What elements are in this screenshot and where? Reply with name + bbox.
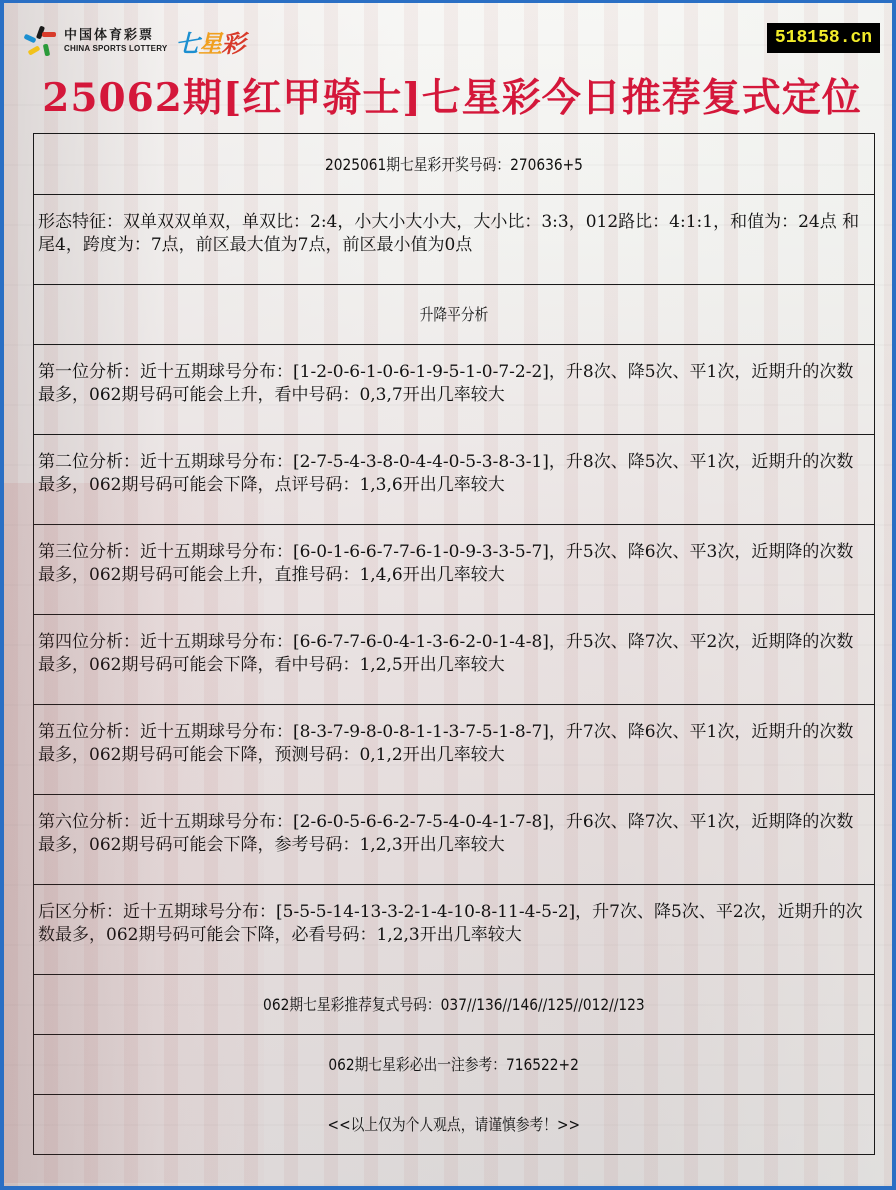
pos-5-analysis: 第五位分析：近十五期球号分布：[8-3-7-9-8-0-8-1-1-3-7-5-… (38, 721, 870, 767)
table-row-pos-2: 第二位分析：近十五期球号分布：[2-7-5-4-3-8-0-4-4-0-5-3-… (34, 434, 874, 524)
table-row-back-zone: 后区分析：近十五期球号分布：[5-5-5-14-13-3-2-1-4-10-8-… (34, 884, 874, 974)
table-row-pos-3: 第三位分析：近十五期球号分布：[6-0-1-6-6-7-7-6-1-0-9-3-… (34, 524, 874, 614)
logo-org-en: CHINA SPORTS LOTTERY (64, 45, 167, 53)
table-row-pos-6: 第六位分析：近十五期球号分布：[2-6-0-5-6-6-2-7-5-4-0-4-… (34, 794, 874, 884)
pos-3-analysis: 第三位分析：近十五期球号分布：[6-0-1-6-6-7-7-6-1-0-9-3-… (38, 541, 870, 587)
logo-org-cn: 中国体育彩票 (64, 29, 167, 42)
disclaimer-text: <<以上仅为个人观点，请谨慎参考！>> (328, 1113, 581, 1136)
back-zone-analysis: 后区分析：近十五期球号分布：[5-5-5-14-13-3-2-1-4-10-8-… (38, 901, 870, 947)
pos-1-analysis: 第一位分析：近十五期球号分布：[1-2-0-6-1-0-6-1-9-5-1-0-… (38, 361, 870, 407)
table-row-pos-4: 第四位分析：近十五期球号分布：[6-6-7-7-6-0-4-1-3-6-2-0-… (34, 614, 874, 704)
section-title-text: 升降平分析 (420, 303, 489, 326)
last-draw-text: 2025061期七星彩开奖号码：270636+5 (325, 153, 583, 176)
table-row-compound: 062期七星彩推荐复式号码：037//136//146//125//012//1… (34, 974, 874, 1034)
table-row-last-draw: 2025061期七星彩开奖号码：270636+5 (34, 134, 874, 194)
table-row-pattern: 形态特征：双单双双单双，单双比：2:4，小大小大小大，大小比：3:3，012路比… (34, 194, 874, 284)
page-title: 25062期[红甲骑士]七星彩今日推荐复式定位 (4, 67, 892, 123)
table-row-pos-1: 第一位分析：近十五期球号分布：[1-2-0-6-1-0-6-1-9-5-1-0-… (34, 344, 874, 434)
lottery-star-icon (24, 24, 58, 58)
analysis-table: 2025061期七星彩开奖号码：270636+5 形态特征：双单双双单双，单双比… (33, 133, 875, 1155)
page-frame: 中国体育彩票 CHINA SPORTS LOTTERY 七星彩 518158.c… (4, 3, 892, 1186)
china-sports-lottery-logo: 中国体育彩票 CHINA SPORTS LOTTERY 七星彩 (24, 23, 244, 59)
logo-product-name: 七星彩 (175, 24, 244, 59)
pos-6-analysis: 第六位分析：近十五期球号分布：[2-6-0-5-6-6-2-7-5-4-0-4-… (38, 811, 870, 857)
pos-2-analysis: 第二位分析：近十五期球号分布：[2-7-5-4-3-8-0-4-4-0-5-3-… (38, 451, 870, 497)
single-bet-text: 062期七星彩必出一注参考：716522+2 (329, 1053, 579, 1076)
site-badge[interactable]: 518158.cn (767, 23, 880, 53)
table-row-pos-5: 第五位分析：近十五期球号分布：[8-3-7-9-8-0-8-1-1-3-7-5-… (34, 704, 874, 794)
pos-4-analysis: 第四位分析：近十五期球号分布：[6-6-7-7-6-0-4-1-3-6-2-0-… (38, 631, 870, 677)
pattern-text: 形态特征：双单双双单双，单双比：2:4，小大小大小大，大小比：3:3，012路比… (38, 211, 870, 257)
table-row-single-bet: 062期七星彩必出一注参考：716522+2 (34, 1034, 874, 1094)
table-row-section-title: 升降平分析 (34, 284, 874, 344)
table-row-disclaimer: <<以上仅为个人观点，请谨慎参考！>> (34, 1094, 874, 1154)
compound-numbers-text: 062期七星彩推荐复式号码：037//136//146//125//012//1… (263, 993, 645, 1016)
